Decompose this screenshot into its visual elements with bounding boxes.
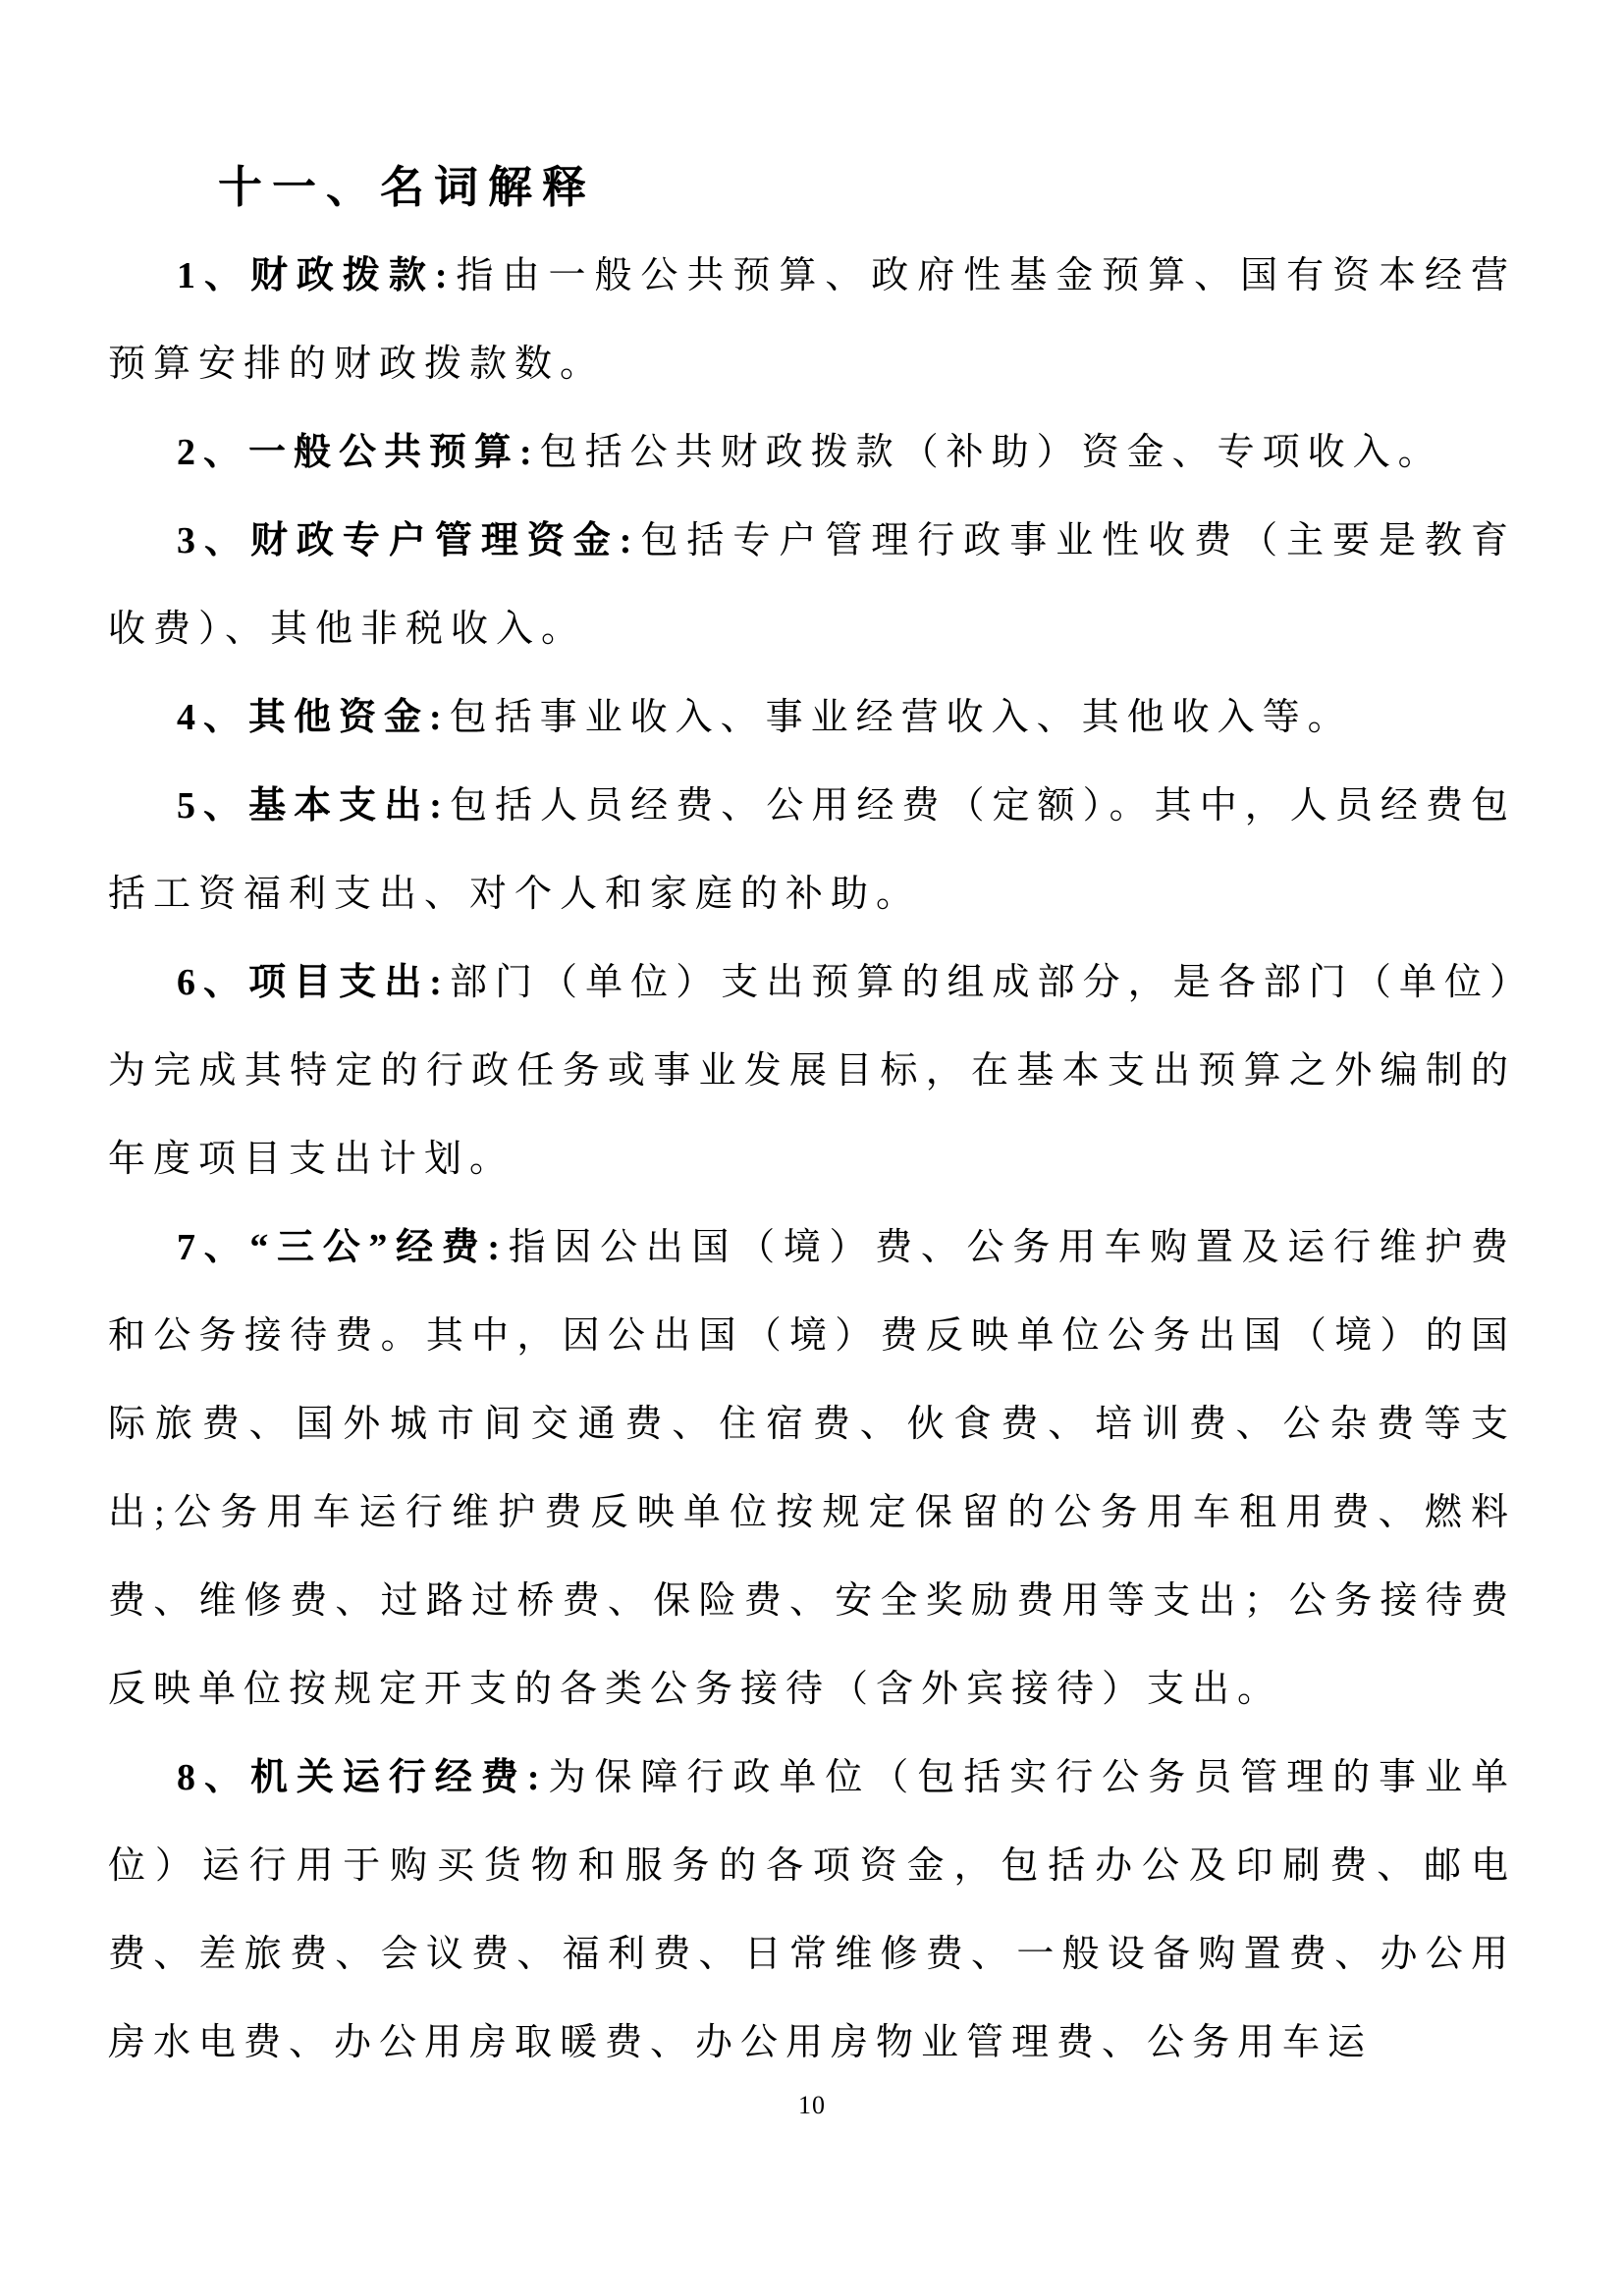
definition-paragraph-6: 6、项目支出:部门（单位）支出预算的组成部分，是各部门（单位）为完成其特定的行政… — [108, 938, 1516, 1203]
term-label: 7、“三公”经费: — [177, 1227, 508, 1268]
section-heading: 十一、名词解释 — [108, 143, 1516, 232]
definition-paragraph-7: 7、“三公”经费:指因公出国（境）费、公务用车购置及运行维护费和公务接待费。其中… — [108, 1203, 1516, 1734]
term-label: 5、基本支出: — [177, 785, 450, 827]
term-label: 6、项目支出: — [177, 962, 450, 1003]
term-label: 4、其他资金: — [177, 697, 450, 738]
definition-paragraph-5: 5、基本支出:包括人员经费、公用经费（定额）。其中，人员经费包括工资福利支出、对… — [108, 762, 1516, 938]
term-label: 8、机关运行经费: — [177, 1757, 547, 1798]
document-page: 十一、名词解释 1、财政拨款:指由一般公共预算、政府性基金预算、国有资本经营预算… — [0, 0, 1624, 2296]
term-label: 2、一般公共预算: — [177, 432, 540, 473]
definition-paragraph-1: 1、财政拨款:指由一般公共预算、政府性基金预算、国有资本经营预算安排的财政拨款数… — [108, 232, 1516, 408]
definition-paragraph-8: 8、机关运行经费:为保障行政单位（包括实行公务员管理的事业单位）运行用于购买货物… — [108, 1734, 1516, 2087]
term-label: 1、财政拨款: — [177, 255, 456, 296]
page-number: 10 — [0, 2089, 1624, 2122]
term-label: 3、财政专户管理资金: — [177, 520, 639, 561]
term-definition: 为保障行政单位（包括实行公务员管理的事业单位）运行用于购买货物和服务的各项资金，… — [108, 1757, 1516, 2063]
page-body: 十一、名词解释 1、财政拨款:指由一般公共预算、政府性基金预算、国有资本经营预算… — [108, 143, 1516, 2087]
term-definition: 包括公共财政拨款（补助）资金、专项收入。 — [540, 432, 1443, 473]
term-definition: 包括事业收入、事业经营收入、其他收入等。 — [450, 697, 1353, 738]
definition-paragraph-2: 2、一般公共预算:包括公共财政拨款（补助）资金、专项收入。 — [108, 408, 1516, 497]
definition-paragraph-4: 4、其他资金:包括事业收入、事业经营收入、其他收入等。 — [108, 673, 1516, 762]
term-definition: 指因公出国（境）费、公务用车购置及运行维护费和公务接待费。其中，因公出国（境）费… — [108, 1227, 1516, 1710]
definition-paragraph-3: 3、财政专户管理资金:包括专户管理行政事业性收费（主要是教育收费）、其他非税收入… — [108, 497, 1516, 673]
